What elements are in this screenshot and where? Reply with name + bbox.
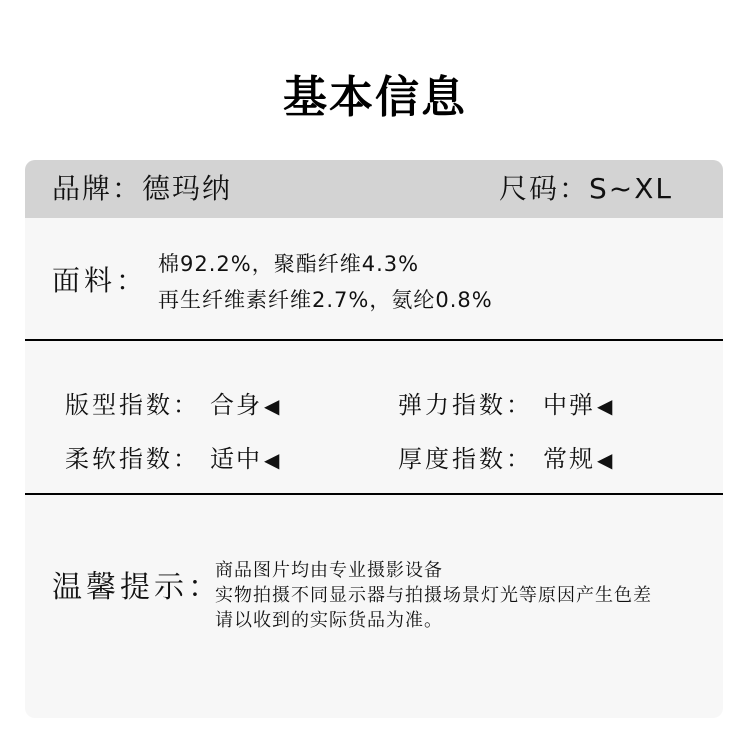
triangle-left-icon: ◀ bbox=[597, 394, 615, 418]
tips-text: 商品图片均由专业摄影设备 实物拍摄不同显示器与拍摄场景灯光等原因产生色差 请以收… bbox=[215, 558, 652, 633]
divider bbox=[25, 339, 723, 341]
index-value: 中弹 bbox=[543, 391, 595, 419]
info-header: 品牌：德玛纳 尺码：S~XL bbox=[25, 160, 723, 218]
tips-line: 商品图片均由专业摄影设备 bbox=[215, 558, 652, 583]
fabric-composition: 棉92.2%，聚酯纤维4.3% 再生纤维素纤维2.7%，氨纶0.8% bbox=[158, 246, 493, 318]
divider bbox=[25, 493, 723, 495]
fabric-line: 棉92.2%，聚酯纤维4.3% bbox=[158, 246, 493, 282]
tips-line: 实物拍摄不同显示器与拍摄场景灯光等原因产生色差 bbox=[215, 583, 652, 608]
index-label: 版型指数： bbox=[65, 391, 200, 419]
triangle-left-icon: ◀ bbox=[264, 394, 282, 418]
size-row: 尺码：S~XL bbox=[499, 170, 673, 208]
tips-label: 温馨提示： bbox=[52, 568, 222, 608]
index-elasticity: 弹力指数：中弹◀ bbox=[398, 388, 615, 423]
triangle-left-icon: ◀ bbox=[264, 448, 282, 472]
index-label: 柔软指数： bbox=[65, 445, 200, 473]
index-label: 弹力指数： bbox=[398, 391, 533, 419]
index-label: 厚度指数： bbox=[398, 445, 533, 473]
page-title: 基本信息 bbox=[0, 68, 750, 128]
size-value: S~XL bbox=[589, 172, 673, 205]
index-thickness: 厚度指数：常规◀ bbox=[398, 442, 615, 477]
fabric-line: 再生纤维素纤维2.7%，氨纶0.8% bbox=[158, 282, 493, 318]
brand-row: 品牌：德玛纳 bbox=[52, 170, 232, 208]
index-softness: 柔软指数：适中◀ bbox=[65, 442, 282, 477]
index-value: 合身 bbox=[210, 391, 262, 419]
index-value: 常规 bbox=[543, 445, 595, 473]
brand-label: 品牌： bbox=[52, 172, 142, 205]
tips-line: 请以收到的实际货品为准。 bbox=[215, 608, 652, 633]
info-card: 品牌：德玛纳 尺码：S~XL 面料： 棉92.2%，聚酯纤维4.3% 再生纤维素… bbox=[25, 160, 723, 718]
index-value: 适中 bbox=[210, 445, 262, 473]
brand-value: 德玛纳 bbox=[142, 172, 232, 205]
index-fit: 版型指数：合身◀ bbox=[65, 388, 282, 423]
triangle-left-icon: ◀ bbox=[597, 448, 615, 472]
fabric-label: 面料： bbox=[52, 262, 148, 300]
size-label: 尺码： bbox=[499, 172, 589, 205]
